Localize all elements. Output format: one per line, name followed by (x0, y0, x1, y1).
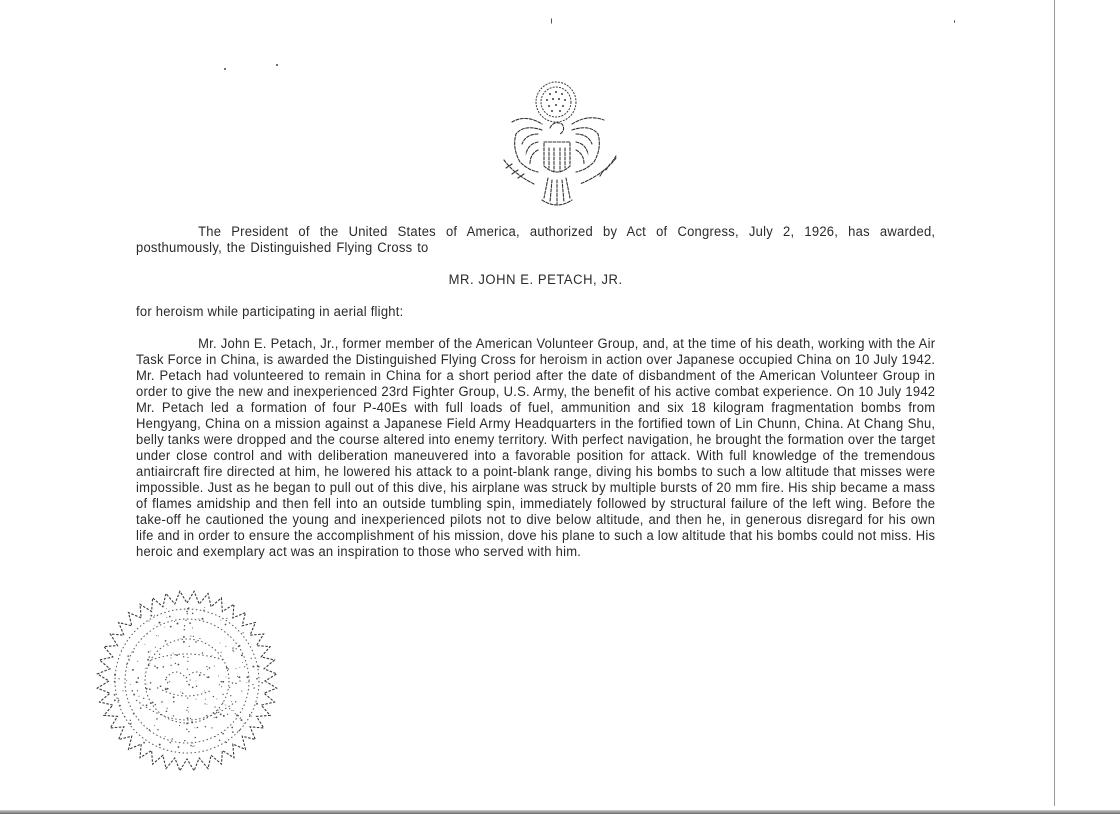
scan-speck (954, 20, 955, 23)
scan-bottom-edge (0, 810, 1120, 814)
page-edge (1054, 0, 1055, 806)
scan-speck (551, 18, 552, 24)
great-seal-eagle-icon (494, 74, 626, 216)
embossed-seal-icon (96, 590, 278, 772)
scan-speck (224, 68, 226, 70)
recipient-name: MR. JOHN E. PETACH, JR. (136, 272, 935, 288)
award-intro: The President of the United States of Am… (136, 224, 935, 256)
citation-body: Mr. John E. Petach, Jr., former member o… (136, 336, 935, 560)
citation-text-block: The President of the United States of Am… (136, 224, 935, 560)
scan-speck (276, 64, 278, 66)
award-purpose: for heroism while participating in aeria… (136, 304, 935, 320)
